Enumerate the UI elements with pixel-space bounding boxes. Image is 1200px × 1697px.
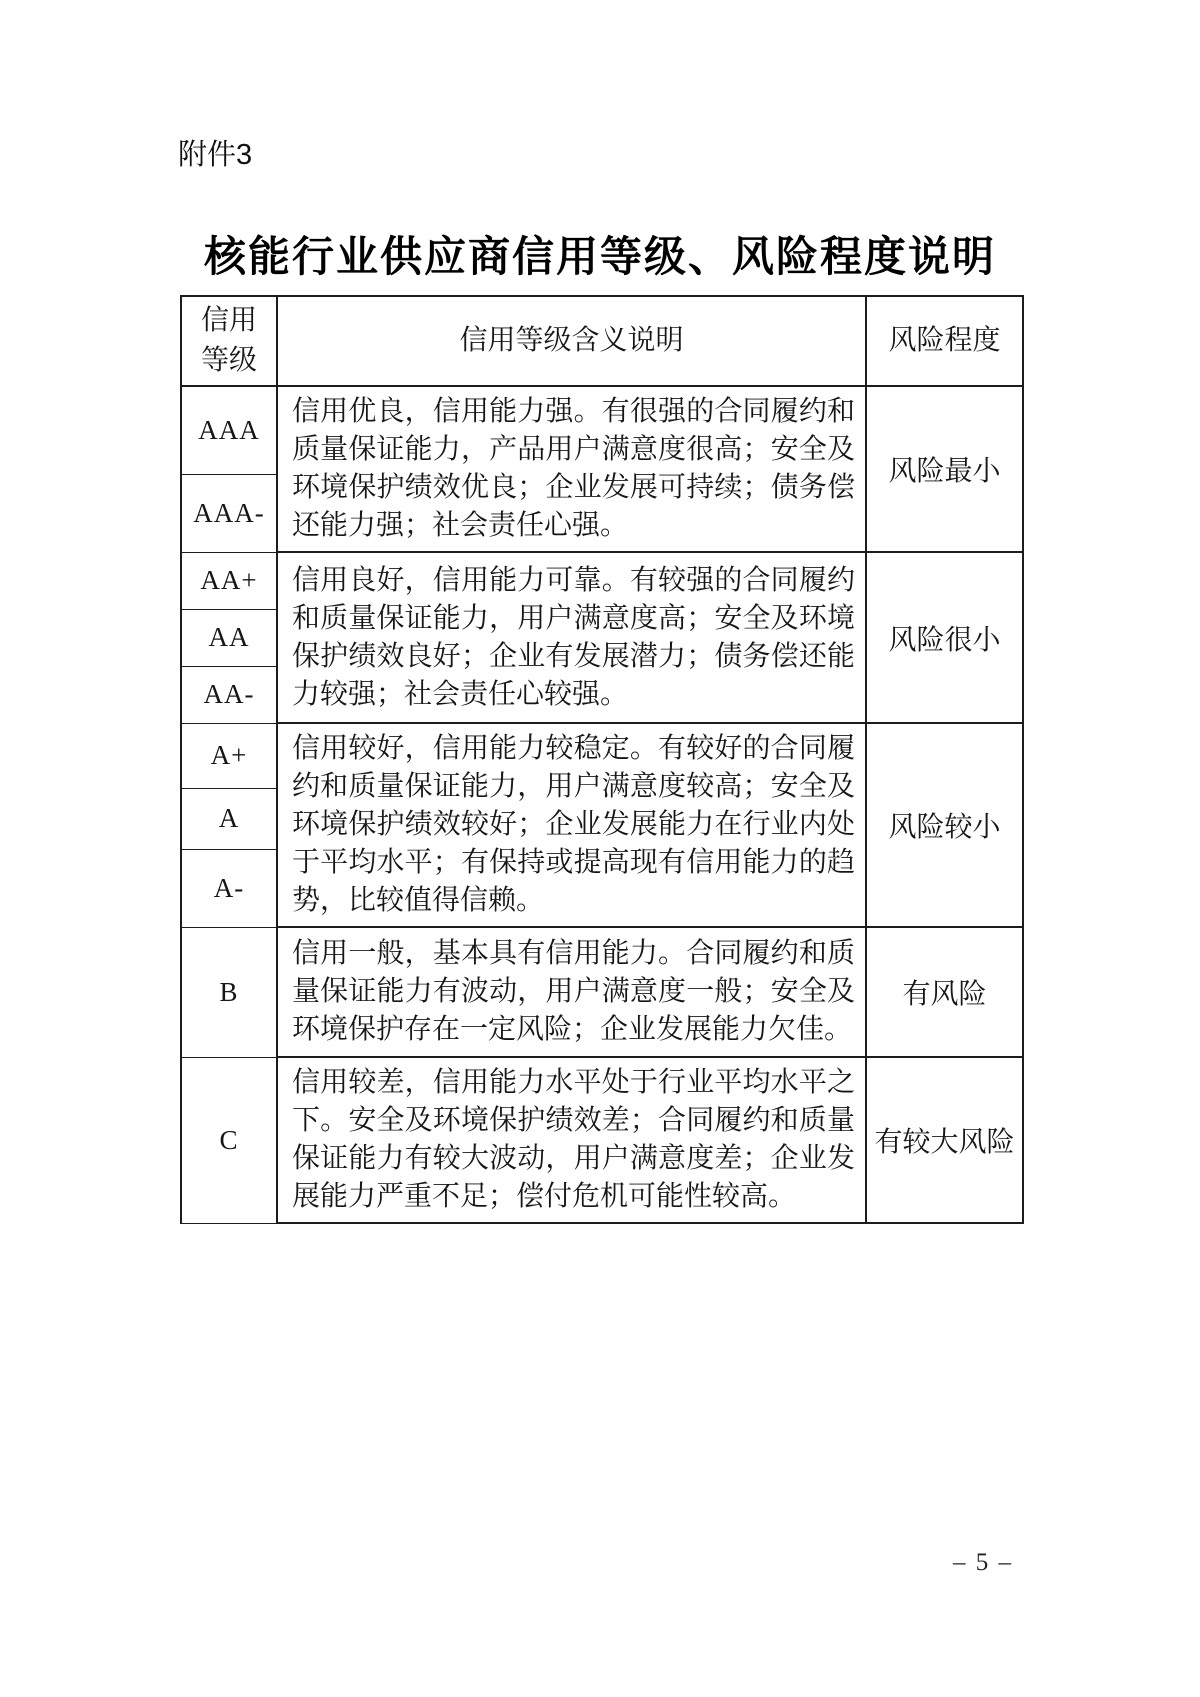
rating-cell-aaa-minus: AAA-	[181, 475, 277, 552]
risk-cell-group3: 风险较小	[866, 723, 1023, 927]
table-header-row: 信用等级 信用等级含义说明 风险程度	[181, 296, 1023, 386]
rating-cell-a: A	[181, 788, 277, 850]
rating-cell-a-plus: A+	[181, 723, 277, 788]
description-cell-group4: 信用一般，基本具有信用能力。合同履约和质量保证能力有波动，用户满意度一般；安全及…	[277, 927, 866, 1057]
rating-cell-c: C	[181, 1057, 277, 1223]
header-description: 信用等级含义说明	[277, 296, 866, 386]
description-cell-group5: 信用较差，信用能力水平处于行业平均水平之下。安全及环境保护绩效差；合同履约和质量…	[277, 1057, 866, 1223]
risk-cell-group1: 风险最小	[866, 386, 1023, 552]
description-cell-group3: 信用较好，信用能力较稳定。有较好的合同履约和质量保证能力，用户满意度较高；安全及…	[277, 723, 866, 927]
page-number: – 5 –	[930, 1549, 1036, 1577]
header-risk-level: 风险程度	[866, 296, 1023, 386]
risk-cell-group5: 有较大风险	[866, 1057, 1023, 1223]
description-cell-group1: 信用优良，信用能力强。有很强的合同履约和质量保证能力，产品用户满意度很高；安全及…	[277, 386, 866, 552]
header-credit-rating: 信用等级	[181, 296, 277, 386]
table-row: B 信用一般，基本具有信用能力。合同履约和质量保证能力有波动，用户满意度一般；安…	[181, 927, 1023, 1057]
rating-cell-a-minus: A-	[181, 850, 277, 927]
credit-rating-table: 信用等级 信用等级含义说明 风险程度 AAA 信用优良，信用能力强。有很强的合同…	[180, 295, 1024, 1224]
risk-cell-group4: 有风险	[866, 927, 1023, 1057]
annex-label: 附件3	[178, 138, 252, 172]
rating-cell-aa-minus: AA-	[181, 666, 277, 723]
table-row: AAA 信用优良，信用能力强。有很强的合同履约和质量保证能力，产品用户满意度很高…	[181, 386, 1023, 475]
description-cell-group2: 信用良好，信用能力可靠。有较强的合同履约和质量保证能力，用户满意度高；安全及环境…	[277, 552, 866, 723]
table-row: AA+ 信用良好，信用能力可靠。有较强的合同履约和质量保证能力，用户满意度高；安…	[181, 552, 1023, 609]
risk-cell-group2: 风险很小	[866, 552, 1023, 723]
rating-cell-aa: AA	[181, 609, 277, 666]
rating-cell-b: B	[181, 927, 277, 1057]
table-row: C 信用较差，信用能力水平处于行业平均水平之下。安全及环境保护绩效差；合同履约和…	[181, 1057, 1023, 1223]
page-title: 核能行业供应商信用等级、风险程度说明	[0, 234, 1200, 282]
rating-cell-aa-plus: AA+	[181, 552, 277, 609]
rating-cell-aaa: AAA	[181, 386, 277, 475]
table-row: A+ 信用较好，信用能力较稳定。有较好的合同履约和质量保证能力，用户满意度较高；…	[181, 723, 1023, 788]
document-page: 附件3 核能行业供应商信用等级、风险程度说明 信用等级 信用等级含义说明 风险程…	[0, 0, 1200, 1697]
